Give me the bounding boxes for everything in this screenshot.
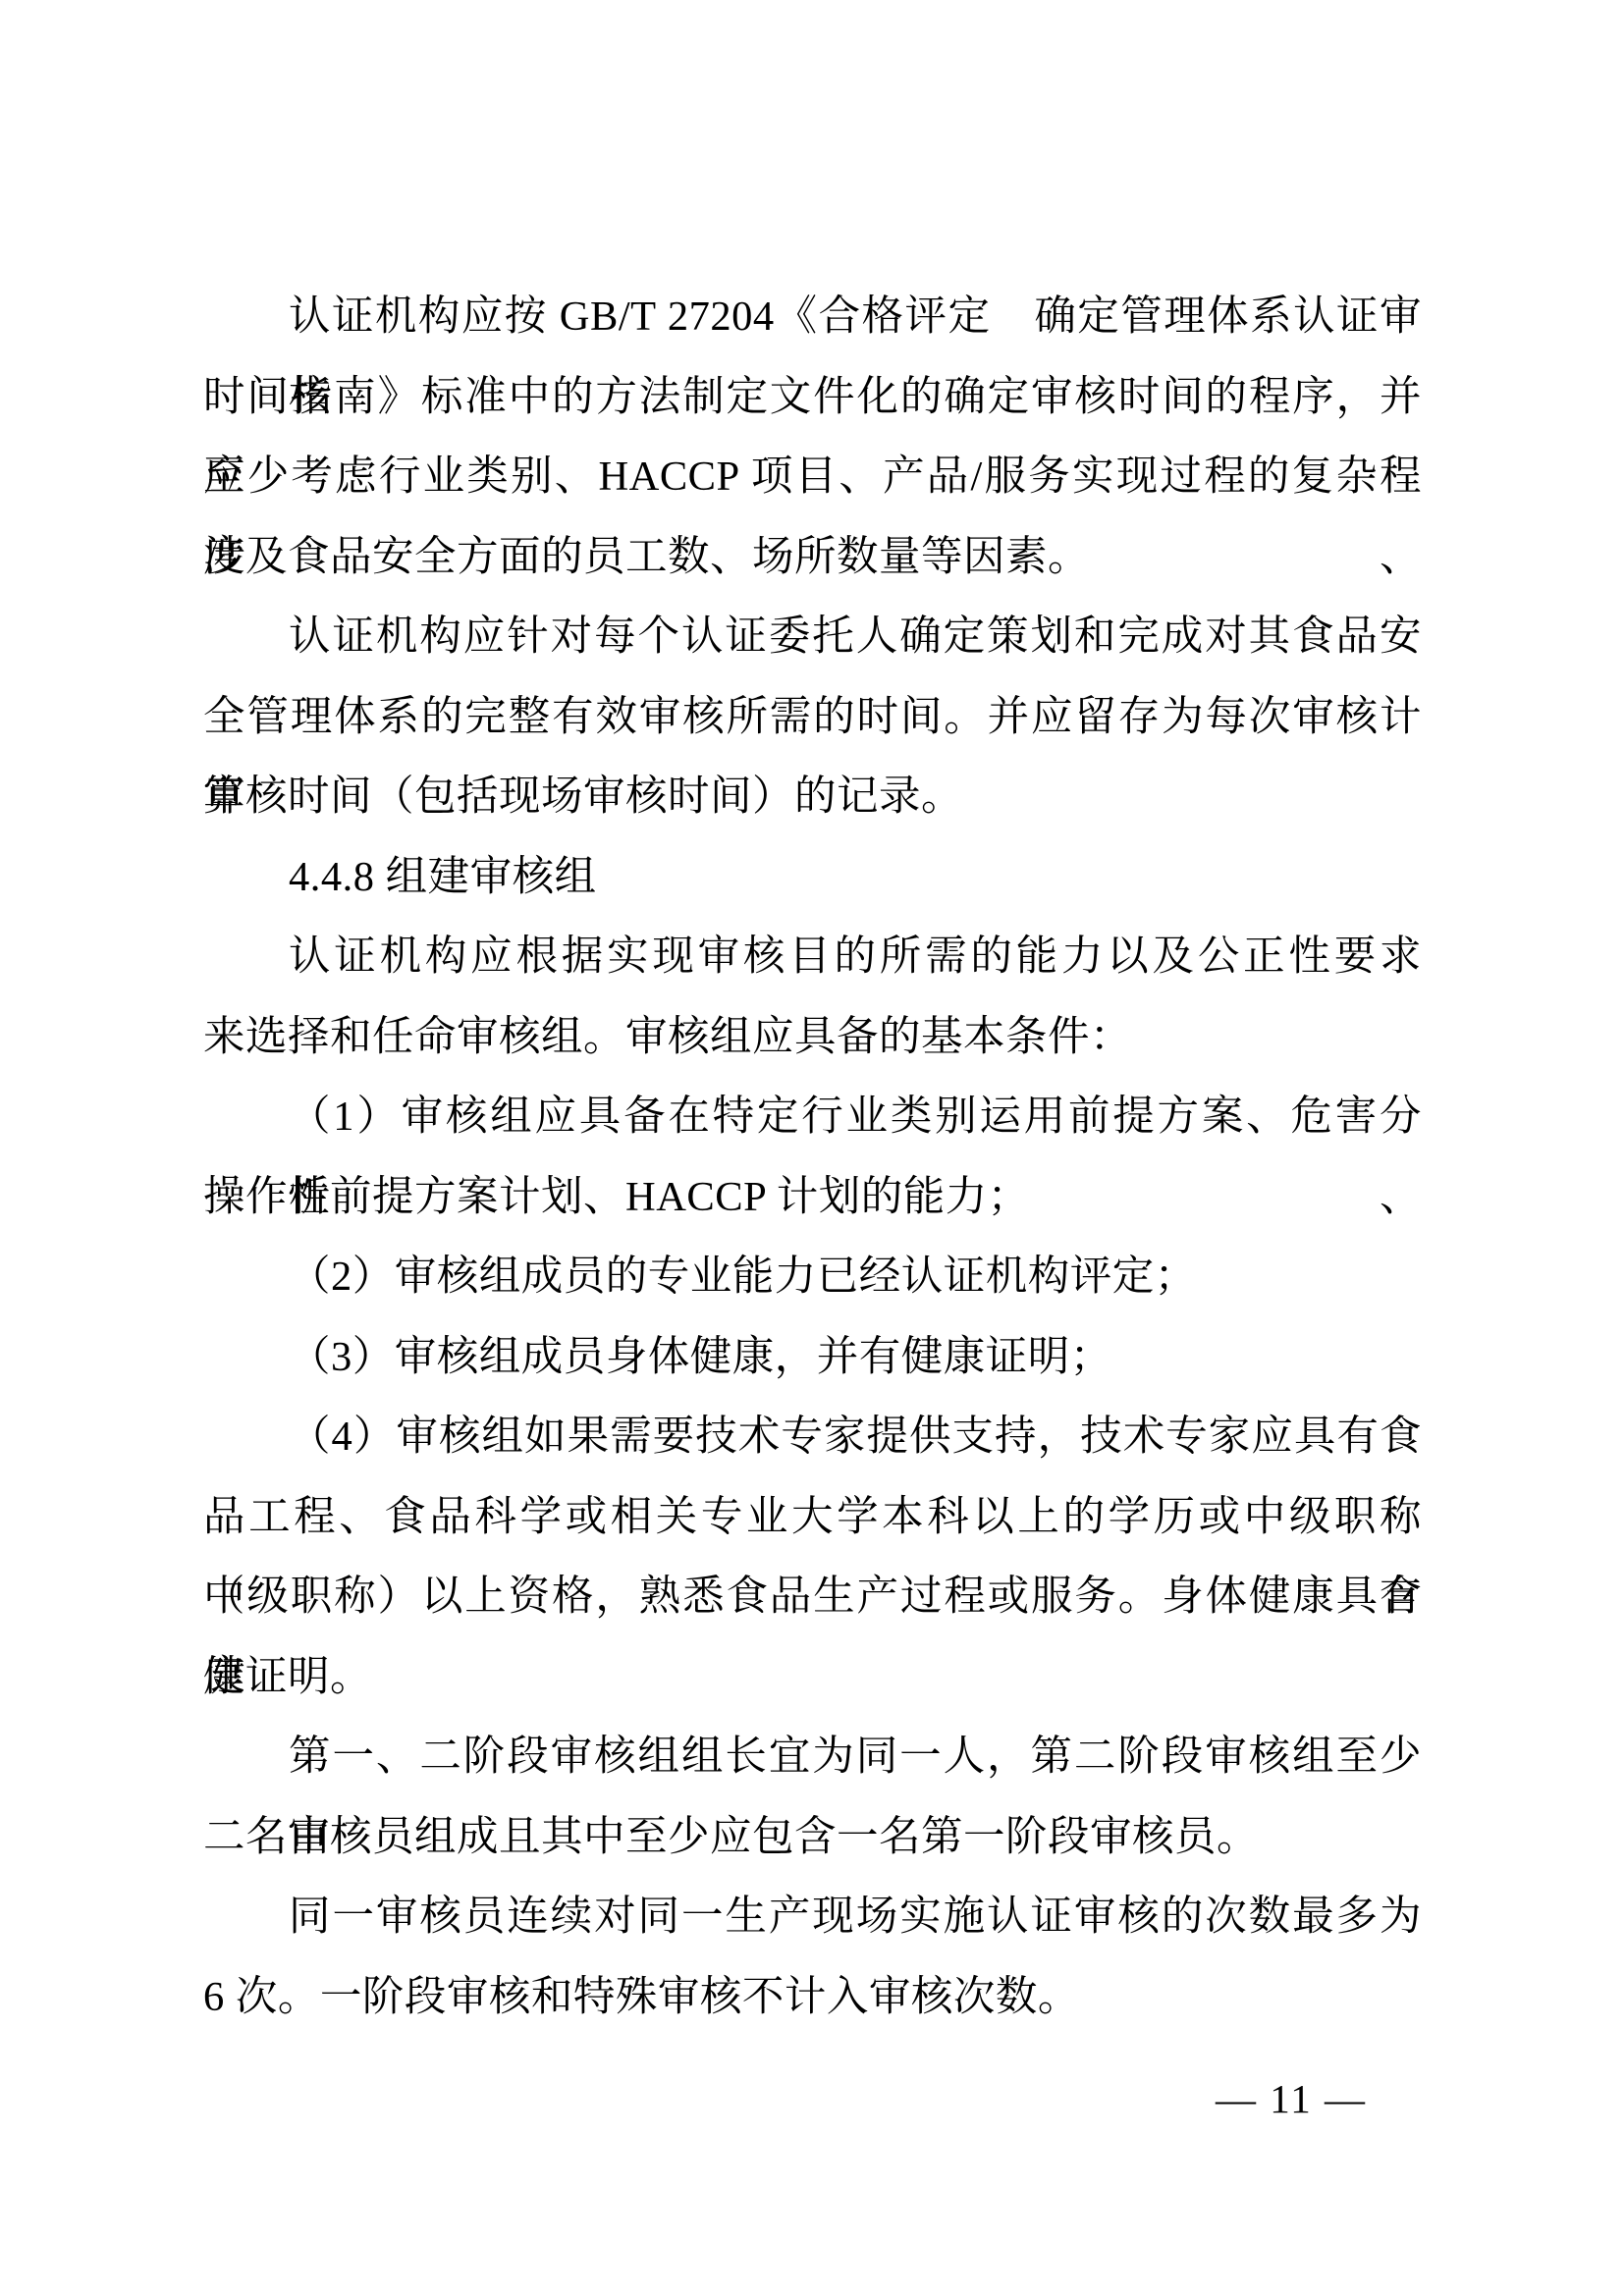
text-line: 二名审核员组成且其中至少应包含一名第一阶段审核员。	[203, 1797, 1422, 1878]
text-line: 品工程、食品科学或相关专业大学本科以上的学历或中级职称（含	[203, 1477, 1422, 1558]
text-line: 第一、二阶段审核组组长宜为同一人，第二阶段审核组至少由	[203, 1717, 1422, 1797]
text-line: 来选择和任命审核组。审核组应具备的基本条件：	[203, 997, 1422, 1078]
list-item: （4）审核组如果需要技术专家提供支持，技术专家应具有食	[203, 1397, 1422, 1477]
text-line: 认证机构应根据实现审核目的所需的能力以及公正性要求	[203, 917, 1422, 997]
text-line: 认证机构应按 GB/T 27204《合格评定 确定管理体系认证审核	[203, 277, 1422, 357]
page-number: — 11 —	[1216, 2069, 1367, 2128]
text-line: 至少考虑行业类别、HACCP 项目、产品/服务实现过程的复杂程度、	[203, 437, 1422, 517]
list-item: （2）审核组成员的专业能力已经认证机构评定；	[203, 1237, 1422, 1317]
text-line: 康证明。	[203, 1637, 1422, 1718]
text-line: 同一审核员连续对同一生产现场实施认证审核的次数最多为	[203, 1877, 1422, 1957]
document-page: 认证机构应按 GB/T 27204《合格评定 确定管理体系认证审核 时间指南》标…	[0, 0, 1624, 2296]
text-line: 6 次。一阶段审核和特殊审核不计入审核次数。	[203, 1957, 1422, 2038]
document-body: 认证机构应按 GB/T 27204《合格评定 确定管理体系认证审核 时间指南》标…	[203, 277, 1422, 2037]
list-item: （1）审核组应具备在特定行业类别运用前提方案、危害分析、	[203, 1077, 1422, 1157]
list-item: （3）审核组成员身体健康，并有健康证明；	[203, 1317, 1422, 1398]
text-line: 中级职称）以上资格，熟悉食品生产过程或服务。身体健康具有健	[203, 1557, 1422, 1637]
text-line: 全管理体系的完整有效审核所需的时间。并应留存为每次审核计算	[203, 677, 1422, 758]
section-heading: 4.4.8 组建审核组	[203, 837, 1422, 918]
text-line: 认证机构应针对每个认证委托人确定策划和完成对其食品安	[203, 597, 1422, 677]
text-line: 时间指南》标准中的方法制定文件化的确定审核时间的程序，并应	[203, 357, 1422, 438]
text-line: 审核时间（包括现场审核时间）的记录。	[203, 757, 1422, 837]
